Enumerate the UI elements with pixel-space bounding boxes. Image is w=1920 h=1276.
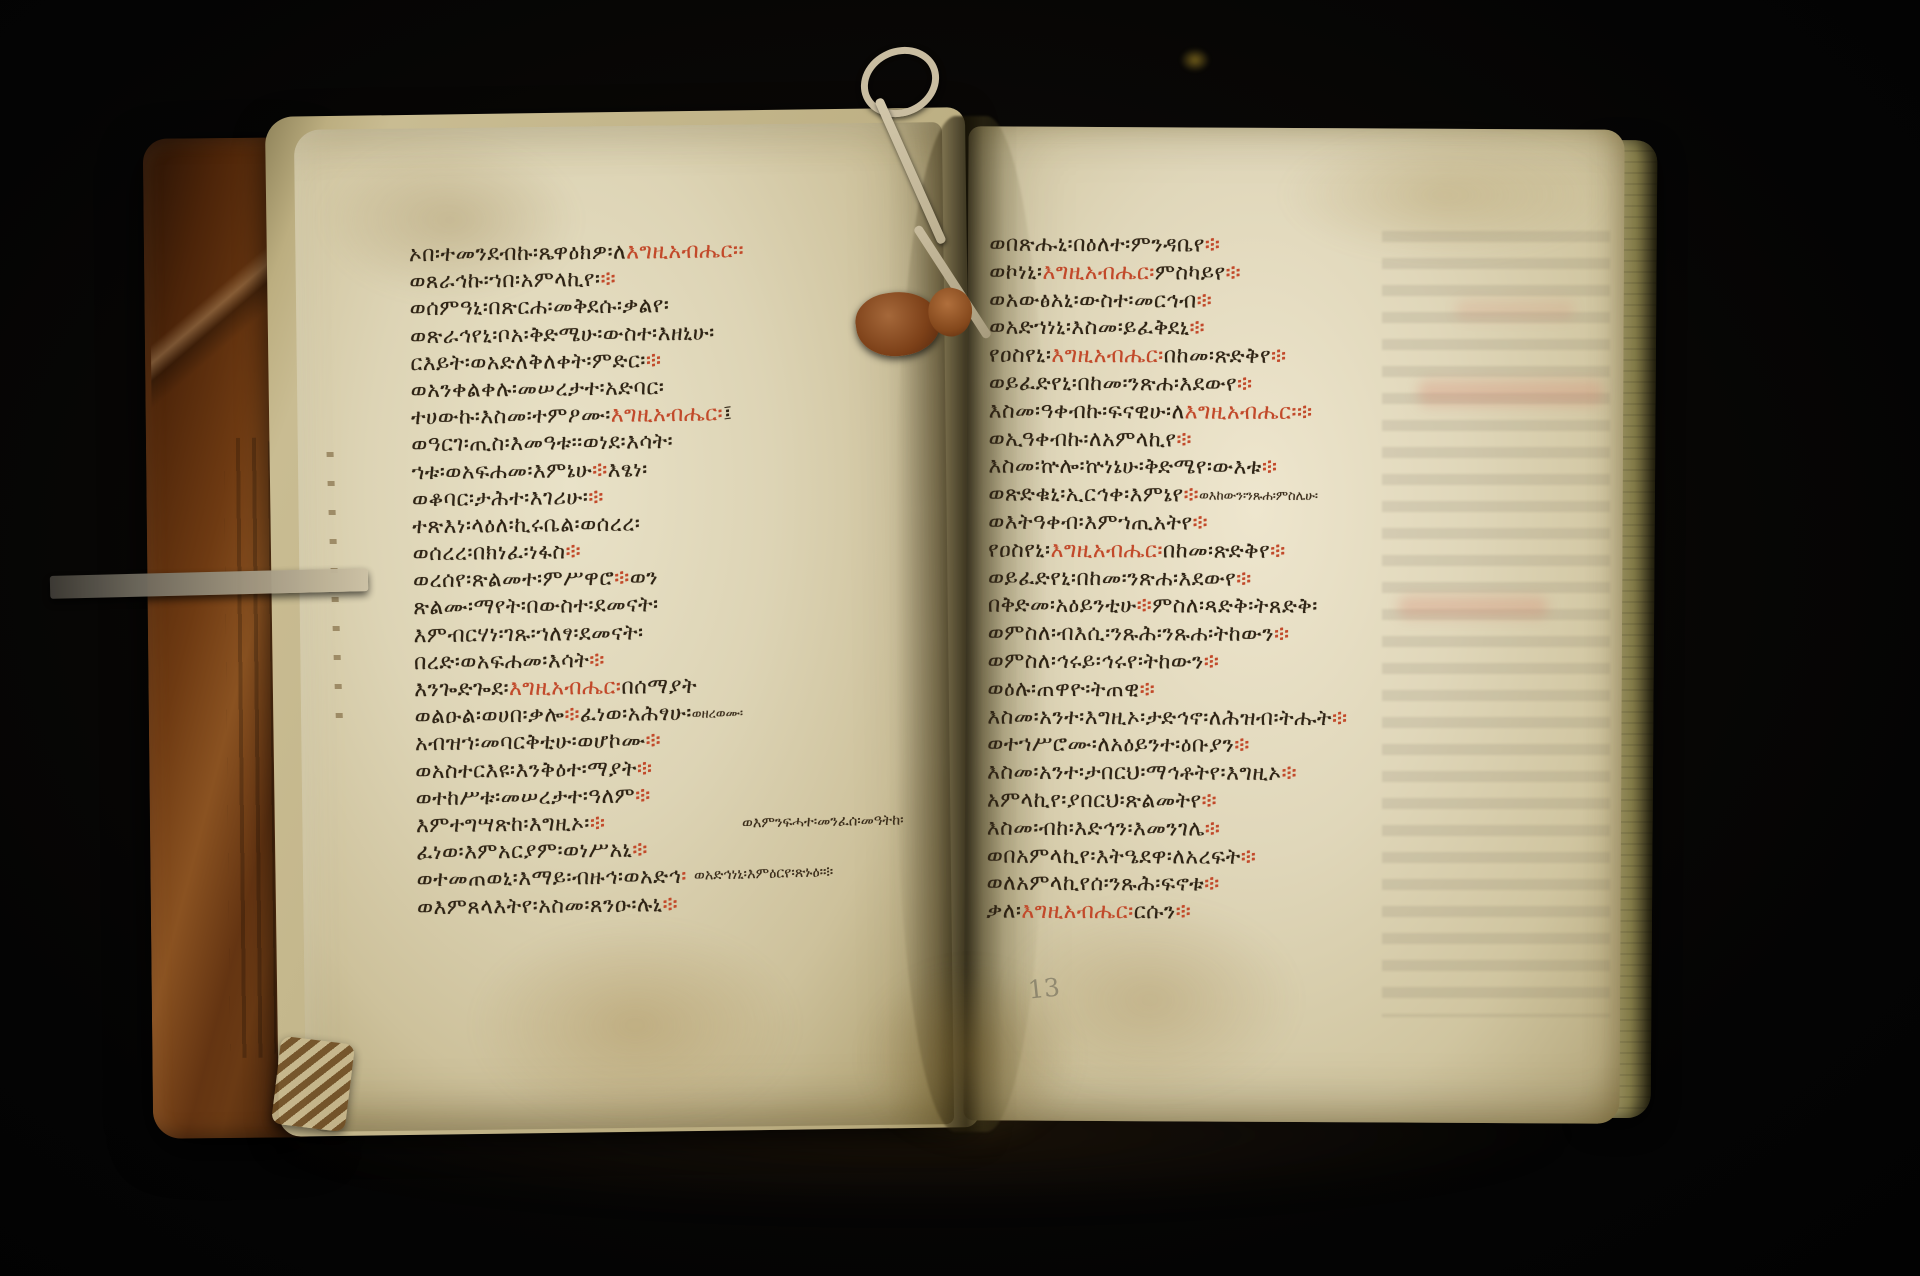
ink-segment: ጽልሙ፡ማየት፡በውስተ፡ደመናት፡: [413, 593, 659, 621]
right-text-block: ወበጽሑኒ፡በዕለተ፡ምንዳቤየ፨ወኮነኒ፡እግዚአብሔር፡ምስካይየ፨ወአውፅ…: [986, 231, 1624, 929]
ink-segment: ፨: [1281, 761, 1297, 786]
ink-segment: ፨: [1241, 844, 1257, 869]
ink-segment: ፨: [600, 267, 616, 292]
ink-segment: ወሰምዓኒ፡በጽርሐ፡መቅደሱ፡ቃልየ፡: [410, 293, 670, 321]
ink-segment: ፨: [1262, 455, 1278, 480]
ink-segment: ፨: [1137, 594, 1153, 619]
ink-segment: ወእከውን፡ንጹሐ፡ምስሌሁ፡: [1199, 489, 1318, 505]
text-line: ቃለ፡እግዚአብሔር፡ርሱን፨: [986, 898, 1621, 929]
ink-segment: ወእምጸላእትየ፡አስመ፡ጸንዑ፡ሉኒ: [417, 892, 663, 920]
ink-segment: ፨: [592, 457, 608, 482]
ink-segment: እግዚአብሔር፡: [1042, 260, 1154, 285]
ink-segment: ወአንቀልቀሉ፡መሠረታተ፡አድባር፡: [411, 375, 665, 403]
ink-segment: በረድ፡ወአፍሐመ፡እሳት: [414, 648, 590, 675]
text-line: ወዕሉ፡ጠዋዮ፡ትጠዊ፨: [987, 675, 1622, 706]
ink-segment: ፨: [1204, 872, 1220, 897]
ink-segment: ፨: [589, 648, 605, 673]
corner-stitching: [271, 1036, 355, 1132]
ink-segment: ፨: [1236, 566, 1252, 591]
text-line: እስመ፡ኵሎ፡ኵነኔሁ፡ቅድሜየ፡ውእቱ፨: [988, 453, 1623, 484]
text-line: ወይፈድየኒ፡በከመ፡ንጽሐ፡እደውየ፨: [989, 370, 1624, 401]
text-line: እስመ፡አንተ፡ታበርህ፡ማኅቶትየ፡እግዚኦ፨: [987, 759, 1622, 790]
ink-segment: ፨: [1332, 706, 1348, 731]
text-line: የዐስየኒ፡እግዚአብሔር፡በከመ፡ጽድቅየ፨: [988, 536, 1623, 567]
text-line: ወምስለ፡ብእሲ፡ንጹሕ፡ንጹሐ፡ትከውን፨: [988, 620, 1623, 651]
ink-segment: ወይፈድየኒ፡በከመ፡ንጽሐ፡እደውየ: [988, 565, 1236, 591]
ink-segment: ፨: [1237, 372, 1253, 397]
ink-segment: እስመ፡ብከ፡እድኅን፡እመንገሌ: [987, 815, 1205, 841]
ink-segment: ወምስለ፡ኅሩይ፡ኅሩየ፡ትከውን: [988, 649, 1204, 675]
ink-segment: ፨: [1234, 733, 1250, 758]
ink-segment: ተጽእነ፡ላዕለ፡ኪሩቤል፡ወሰረረ፡: [412, 511, 640, 539]
text-line: ወኮነኒ፡እግዚአብሔር፡ምስካይየ፨: [989, 258, 1624, 289]
margin-note: ወእምንፍሓተ፡መንፈሰ፡መዓትከ፡: [742, 813, 904, 832]
ink-segment: ፨: [635, 783, 651, 808]
text-line: ወኢዓቀብኩ፡ለአምላኪየ፨: [989, 425, 1624, 456]
ink-segment: ፡: [681, 864, 687, 889]
text-line: የዐስየኒ፡እግዚአብሔር፡በከመ፡ጽድቅየ፨: [989, 342, 1624, 373]
ink-segment: ቃለ፡: [986, 899, 1021, 924]
ink-segment: ፨: [1205, 816, 1221, 841]
ink-segment: ወኮነኒ፡: [989, 259, 1042, 284]
ink-segment: ወጸራኅኩ፡ኀበ፡አምላኪየ፡: [409, 267, 600, 294]
ink-segment: ፨: [1140, 677, 1156, 702]
ink-segment: በቅድመ፡አዕይንቲሁ: [988, 593, 1137, 619]
ink-segment: በከመ፡ጽድቅየ: [1163, 538, 1270, 563]
ink-segment: እግዚአብሔር፡፡: [626, 238, 744, 264]
ink-segment: ፨: [1183, 483, 1199, 508]
ink-segment: እስመ፡አንተ፡ታበርህ፡ማኅቶትየ፡እግዚኦ: [987, 760, 1281, 786]
ink-segment: ወተኀሥሮሙ፡ለአዕይንተ፡ዕቡያን: [987, 732, 1234, 758]
ink-segment: ፨: [1270, 539, 1286, 564]
ink-segment: ወጽራኅየኒ፡ቦአ፡ቅድሜሁ፡ውስተ፡እዘኒሁ፡: [410, 320, 715, 349]
ink-segment: ወቆባር፡ታሕተ፡እገሪሁ፡: [412, 485, 589, 512]
pencil-folio-number: 13: [1027, 972, 1062, 1004]
ink-segment: ወተከሥቱ፡መሠረታተ፡ዓለም: [416, 783, 636, 811]
ink-segment: ርእይት፡ወአድለቅለቀት፡ምድር፡: [410, 348, 646, 376]
photo-backdrop: ኦበ፡ተመንደብኩ፡ጼዋዕክዎ፡ለእግዚአብሔር፡፡ወጸራኅኩ፡ኀበ፡አምላኪየ…: [0, 0, 1920, 1276]
ink-segment: ወበጽሑኒ፡በዕለተ፡ምንዳቤየ: [989, 232, 1204, 258]
ink-segment: ወዕሉ፡ጠዋዮ፡ትጠዊ: [987, 676, 1139, 702]
ink-segment: ፨: [1274, 622, 1290, 647]
ink-segment: ፨: [1176, 427, 1192, 452]
ink-segment: ፨: [1271, 344, 1287, 369]
ink-segment: እስመ፡ኵሎ፡ኵነኔሁ፡ቅድሜየ፡ውእቱ: [988, 454, 1261, 480]
text-line: እስመ፡አንተ፡እግዚኦ፡ታድኅኖ፡ለሕዝብ፡ትሑት፨: [987, 703, 1622, 734]
ink-segment: እግዚአብሔር፡: [611, 402, 724, 428]
ink-segment: ወእትዓቀብ፡እምኀጢአትየ: [988, 510, 1192, 536]
ink-segment: ፈነወ፡አሕፃሁ፡: [580, 701, 692, 727]
ink-segment: ምስካይየ: [1155, 260, 1226, 285]
text-line: ወበአምላኪየ፡እትዔደዋ፡ለአረፍት፨: [987, 842, 1622, 873]
ink-segment: አብዝኀ፡መባርቅቲሁ፡ወሆኮሙ: [415, 729, 646, 757]
ink-segment: ፨: [614, 566, 630, 591]
ink-segment: ወምስለ፡ብእሲ፡ንጹሕ፡ንጹሐ፡ትከውን: [988, 621, 1274, 647]
ink-segment: ወበአምላኪየ፡እትዔደዋ፡ለአረፍት: [987, 843, 1241, 869]
text-line: አምላኪየ፡ያበርህ፡ጽልመትየ፨: [987, 787, 1622, 818]
text-line: ወአውፅአኒ፡ውስተ፡መርኅብ፨: [989, 286, 1624, 317]
ink-segment: እስመ፡ዓቀብኩ፡ፍናዊሁ፡ለ: [989, 398, 1185, 424]
ink-segment: ርሱን: [1134, 899, 1176, 924]
ink-segment: ፨: [1192, 510, 1208, 535]
ink-segment: ፨: [1202, 788, 1218, 813]
ink-segment: እምብርሃነ፡ገጹ፡ኀለፃ፡ደመናት፡: [414, 620, 644, 648]
ink-segment: ፨: [590, 811, 606, 836]
ink-segment: ወሰረረ፡በክነፈ፡ነፋስ: [413, 539, 566, 566]
ink-segment: ወአውፅአኒ፡ውስተ፡መርኅብ: [989, 287, 1197, 313]
ink-segment: የዐስየኒ፡: [989, 343, 1052, 368]
text-line: ወአድኀነኒ፡እስመ፡ይፈቅደኒ፨: [989, 314, 1624, 345]
ink-segment: እፄነ፡: [608, 457, 648, 482]
ink-segment: ፨: [1176, 900, 1192, 925]
ink-segment: ፨: [588, 485, 604, 510]
text-line: ወለአምላኪየሰ፡ንጹሕ፡ፍኖቱ፨: [987, 870, 1622, 901]
ink-segment: ወልዑል፡ወሀበ፡ቃሎ: [415, 703, 565, 730]
ink-segment: ፨: [1204, 650, 1220, 675]
ink-segment: እምተግሣጽከ፡እግዚኦ፡: [416, 811, 590, 838]
ink-segment: ምስለ፡ጻድቅ፡ትጸድቅ፡: [1152, 594, 1318, 620]
text-line: እስመ፡ዓቀብኩ፡ፍናዊሁ፡ለእግዚአብሔር፡፨: [989, 397, 1624, 428]
ink-segment: እግዚአብሔር፡: [1051, 538, 1163, 563]
ink-segment: ተሀውኩ፡እስመ፡ተምዖሙ፡: [411, 403, 611, 430]
ink-segment: በከመ፡ጽድቅየ: [1164, 344, 1271, 369]
ink-segment: ወአድኀነኒ፡እስመ፡ይፈቅደኒ: [989, 315, 1190, 341]
ink-segment: እንጐድጐደ፡: [414, 676, 509, 702]
ink-segment: እግዚአብሔር፡፨: [1185, 399, 1313, 425]
ink-segment: ኀቱ፡ወአፍሐመ፡እምኔሁ: [412, 458, 593, 485]
ink-segment: ኦበ፡ተመንደብኩ፡ጼዋዕክዎ፡ለ: [409, 240, 626, 268]
ink-segment: ፨: [1225, 260, 1241, 285]
ink-segment: እስመ፡አንተ፡እግዚኦ፡ታድኅኖ፡ለሕዝብ፡ትሑት: [987, 704, 1332, 731]
ink-segment: ወዓርገ፡ጢስ፡እመዓቱ፡፡ወነደ፡እሳት፡: [411, 429, 673, 457]
ink-segment: ወተመጠወኒ፡እማይ፡ብዙኅ፡ወአድኅ: [417, 864, 682, 892]
text-line: ወምስለ፡ኅሩይ፡ኅሩየ፡ትከውን፨: [988, 648, 1623, 679]
text-line: ወበጽሑኒ፡በዕለተ፡ምንዳቤየ፨: [989, 231, 1624, 262]
ink-segment: ፨: [1189, 316, 1205, 341]
text-line: በቅድመ፡አዕይንቲሁ፨ምስለ፡ጻድቅ፡ትጸድቅ፡: [988, 592, 1623, 623]
ink-segment: ፤: [723, 401, 733, 426]
text-line: ወተኀሥሮሙ፡ለአዕይንተ፡ዕቡያን፨: [987, 731, 1622, 762]
ink-segment: ፨: [662, 892, 678, 917]
ink-segment: ወዘረወሙ፡: [692, 706, 743, 722]
ink-segment: እግዚአብሔር፡: [1021, 899, 1133, 924]
ink-segment: እግዚአብሔር፡: [1051, 343, 1163, 368]
ink-segment: ወረሰየ፡ጽልመተ፡ምሥዋሮ: [413, 566, 614, 593]
text-line: ወጽድቁኒ፡ኢርኅቀ፡እምኔየ፨ወእከውን፡ንጹሐ፡ምስሌሁ፡: [988, 481, 1623, 512]
stain: [1180, 48, 1210, 72]
text-line: ወእትዓቀብ፡እምኀጢአትየ፨: [988, 509, 1623, 540]
ink-segment: ወጽድቁኒ፡ኢርኅቀ፡እምኔየ: [988, 482, 1183, 508]
ink-segment: ፨: [565, 539, 581, 564]
ink-segment: ፨: [637, 756, 653, 781]
ink-segment: ፨: [646, 348, 662, 373]
ink-segment: ፨: [645, 729, 661, 754]
ink-segment: ፨: [564, 702, 580, 727]
text-line: እስመ፡ብከ፡እድኅን፡እመንገሌ፨: [987, 814, 1622, 845]
ink-segment: ፈነወ፡እምአርያም፡ወነሥአኒ: [416, 838, 632, 866]
ink-segment: ወለአምላኪየሰ፡ንጹሕ፡ፍኖቱ: [987, 871, 1205, 897]
text-line: ወይፈድየኒ፡በከመ፡ንጽሐ፡እደውየ፨: [988, 564, 1623, 595]
ink-segment: ወይፈድየኒ፡በከመ፡ንጽሐ፡እደውየ: [989, 371, 1237, 397]
ink-segment: ወአስተርእዩ፡እንቅዕተ፡ማያት: [415, 756, 637, 784]
ink-segment: ወኢዓቀብኩ፡ለአምላኪየ: [989, 426, 1177, 452]
ink-segment: ወን: [630, 565, 659, 590]
ink-segment: አምላኪየ፡ያበርህ፡ጽልመትየ: [987, 788, 1202, 814]
ink-segment: ፨: [1205, 233, 1221, 258]
ink-segment: እግዚአብሔር፡: [509, 675, 622, 701]
ink-segment: ፨: [1197, 288, 1213, 313]
ink-segment: ፨: [632, 838, 648, 863]
ink-segment: የዐስየኒ፡: [988, 537, 1051, 562]
ink-segment: በሰማያት: [621, 674, 697, 700]
